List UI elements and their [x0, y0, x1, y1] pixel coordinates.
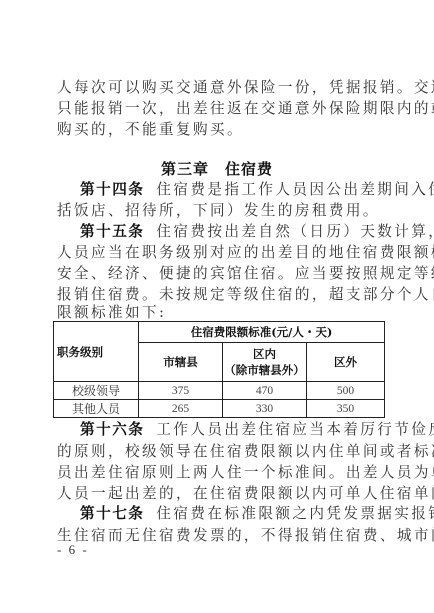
value-cell: 350	[307, 400, 385, 418]
article-text: 住宿费在标准限额之内凭发票据实报销。实际发	[156, 505, 434, 522]
table-row: 其他人员 265 330 350	[54, 400, 385, 418]
article-14-first-line: 第十四条住宿费是指工作人员因公出差期间入住宾馆(包	[80, 181, 383, 199]
article-text: 住宿费是指工作人员因公出差期间入住宾馆(包	[156, 181, 434, 198]
article-17-first-line: 第十七条住宿费在标准限额之内凭发票据实报销。实际发	[80, 505, 383, 523]
column-header-label: 市辖县	[139, 354, 222, 370]
column-header-sublabel: （除市辖县外）	[223, 362, 306, 378]
column-header-city-county: 市辖县	[139, 343, 223, 382]
value-cell: 265	[139, 400, 223, 418]
paragraph-line: 员出差住宿原则上两人住一个标准间。出差人员为单数，或异性	[57, 464, 383, 482]
column-header-label: 区外	[307, 354, 384, 370]
article-16-first-line: 第十六条工作人员出差住宿应当本着厉行节俭反对浪费	[80, 421, 383, 439]
article-text: 住宿费按出差自然（日历）天数计算，学校工作	[156, 223, 434, 240]
paragraph-line: 括饭店、招待所，下同）发生的房租费用。	[57, 202, 383, 220]
chapter-heading: 第三章住宿费	[0, 158, 434, 179]
paragraph-line: 生住宿而无住宿费发票的，不得报销住宿费、城市间交通费、市	[57, 527, 383, 545]
column-header-out-region: 区外	[307, 343, 385, 382]
article-label: 第十四条	[80, 181, 144, 198]
value-cell: 500	[307, 382, 385, 400]
article-text: 工作人员出差住宿应当本着厉行节俭反对浪费	[156, 421, 434, 438]
article-label: 第十七条	[80, 505, 144, 522]
paragraph-line: 报销住宿费。未按规定等级住宿的，超支部分个人自理。住宿费	[57, 286, 383, 304]
value-cell: 375	[139, 382, 223, 400]
paragraph-line: 限额标准如下:	[57, 304, 383, 322]
paragraph-line: 人每次可以购买交通意外保险一份，凭据报销。交通意外险原则	[57, 79, 383, 97]
column-header-in-region: 区内 （除市辖县外）	[223, 343, 307, 382]
paragraph-line: 只能报销一次，出差往返在交通意外保险期限内的或学校已统一	[57, 100, 383, 118]
paragraph-line: 人员应当在职务级别对应的出差目的地住宿费限额标准内选择	[57, 244, 383, 262]
document-page: 人每次可以购买交通意外保险一份，凭据报销。交通意外险原则 只能报销一次，出差往返…	[0, 0, 434, 613]
table-row: 校级领导 375 470 500	[54, 382, 385, 400]
standard-group-header: 住宿费限额标准(元/人・天)	[139, 322, 385, 343]
rank-cell: 校级领导	[54, 382, 139, 400]
column-header-label: 区内	[223, 346, 306, 362]
article-label: 第十五条	[80, 223, 144, 240]
paragraph-line: 的原则，校级领导在住宿费限额以内住单间或者标准间，其他人	[57, 443, 383, 461]
article-label: 第十六条	[80, 421, 144, 438]
paragraph-line: 购买的，不能重复购买。	[57, 121, 383, 139]
page-number: - 6 -	[57, 542, 89, 558]
article-15-first-line: 第十五条住宿费按出差自然（日历）天数计算，学校工作	[80, 223, 383, 241]
paragraph-line: 人员一起出差的，在住宿费限额以内可单人住宿单间或标准间。	[57, 485, 383, 503]
chapter-number: 第三章	[161, 160, 209, 178]
chapter-title: 住宿费	[225, 160, 273, 178]
paragraph-line: 安全、经济、便捷的宾馆住宿。应当要按照规定等级住宿，凭据	[57, 265, 383, 283]
lodging-standard-table: 职务级别 住宿费限额标准(元/人・天) 市辖县 区内 （除市辖县外） 区外 校级…	[53, 321, 385, 418]
rank-cell: 其他人员	[54, 400, 139, 418]
value-cell: 470	[223, 382, 307, 400]
value-cell: 330	[223, 400, 307, 418]
rank-header: 职务级别	[54, 322, 139, 382]
